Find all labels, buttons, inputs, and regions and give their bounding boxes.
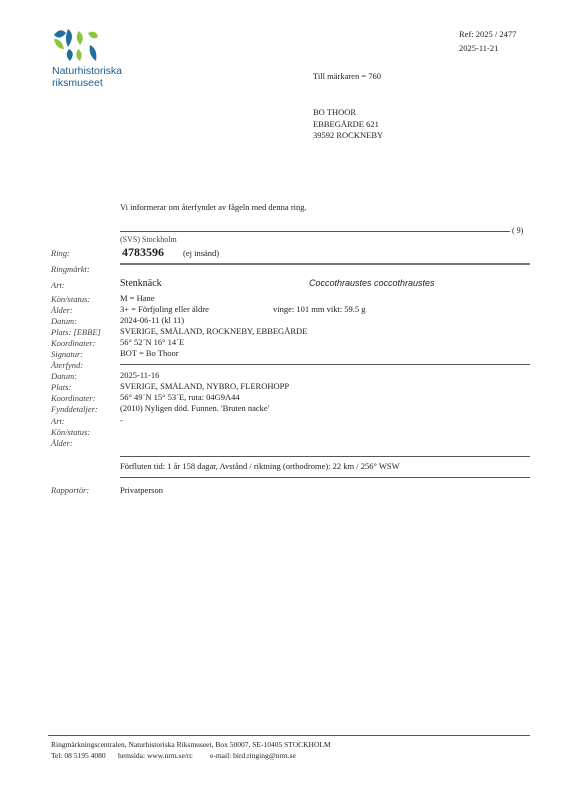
footer-divider [48, 735, 530, 736]
kon-label: Kön/status: [51, 294, 90, 304]
divider [120, 456, 530, 457]
divider [120, 231, 510, 232]
reference-number: Ref: 2025 / 2477 [459, 27, 516, 41]
footer-email[interactable]: e-mail: bird.ringing@nrm.se [210, 751, 296, 761]
species-latin: Coccothraustes coccothraustes [309, 278, 435, 288]
till-markaren: Till märkaren = 760 [313, 71, 381, 83]
recovery-art-label: Art: [51, 416, 65, 426]
koord-label: Koordinater: [51, 338, 96, 348]
recovery-alder-label: Ålder: [51, 438, 73, 448]
recovery-koord-label: Koordinater: [51, 393, 96, 403]
footer-web[interactable]: hemsida: www.nrm.se/rc [118, 751, 193, 761]
measurements: vinge: 101 mm vikt: 59.5 g [273, 304, 366, 314]
logo-line-2: riksmuseet [52, 78, 122, 90]
alder-label: Ålder: [51, 305, 73, 315]
reference-block: Ref: 2025 / 2477 2025-11-21 [459, 27, 516, 55]
art-label: Art: [51, 280, 65, 290]
ring-scheme: (SVS) Stockholm [120, 235, 177, 244]
reporter-label: Rapportör: [51, 485, 89, 495]
recovery-plats: SVERIGE, SMÅLAND, NYBRO, FLEROHOPP [120, 381, 289, 391]
plats-value: SVERIGE, SMÅLAND, ROCKNEBY, EBBEGÅRDE [120, 326, 307, 336]
recipient-name: BO THOOR [313, 107, 383, 119]
signatur-value: BOT = Bo Thoor [120, 348, 179, 358]
divider [120, 477, 530, 478]
museum-logo-icon [52, 27, 102, 63]
footer-tel: Tel: 08 5195 4080 [51, 751, 106, 761]
fynd-label: Fynddetaljer: [51, 404, 98, 414]
signatur-label: Signatur: [51, 349, 83, 359]
datum-value: 2024-06-11 (kl 11) [120, 315, 184, 325]
ringmarkt-label: Ringmärkt: [51, 264, 90, 274]
document-date: 2025-11-21 [459, 41, 516, 55]
recovery-datum: 2025-11-16 [120, 370, 159, 380]
recovery-datum-label: Datum: [51, 371, 77, 381]
aterfynd-label: Återfynd: [51, 360, 83, 370]
fynd-value: (2010) Nyligen död. Funnen. 'Bruten nack… [120, 403, 269, 413]
recovery-art: - [120, 415, 123, 425]
summary-text: Förfluten tid: 1 år 158 dagar, Avstånd /… [120, 461, 400, 471]
reporter-value: Privatperson [120, 485, 163, 495]
divider [120, 364, 530, 365]
footer-address: Ringmärkningscentralen, Naturhistoriska … [51, 740, 331, 750]
intro-text: Vi informerar om återfyndet av fågeln me… [120, 202, 307, 212]
recipient-city: 39592 ROCKNEBY [313, 130, 383, 142]
recovery-plats-label: Plats: [51, 382, 71, 392]
ring-number: 4783596 [122, 245, 164, 260]
recovery-kon-label: Kön/status: [51, 427, 90, 437]
koord-value: 56° 52´N 16° 14´E [120, 337, 184, 347]
alder-value: 3+ = Förfjoling eller äldre [120, 304, 209, 314]
species-name: Stenknäck [120, 278, 162, 289]
recipient-address: BO THOOR EBBEGÅRDE 621 39592 ROCKNEBY [313, 107, 383, 142]
recipient-street: EBBEGÅRDE 621 [313, 119, 383, 131]
ring-label: Ring: [51, 248, 70, 258]
kon-value: M = Hane [120, 293, 155, 303]
recovery-koord: 56° 49´N 15° 53´E, ruta: 04G9A44 [120, 392, 240, 402]
ring-status: (ej insänd) [183, 248, 219, 258]
datum-label: Datum: [51, 316, 77, 326]
logo-line-1: Naturhistoriska [52, 66, 122, 78]
logo-text: Naturhistoriska riksmuseet [52, 66, 122, 89]
divider-thick [120, 263, 530, 265]
plats-label: Plats: [EBBE] [51, 327, 101, 337]
page-marker: ( 9) [512, 226, 523, 235]
